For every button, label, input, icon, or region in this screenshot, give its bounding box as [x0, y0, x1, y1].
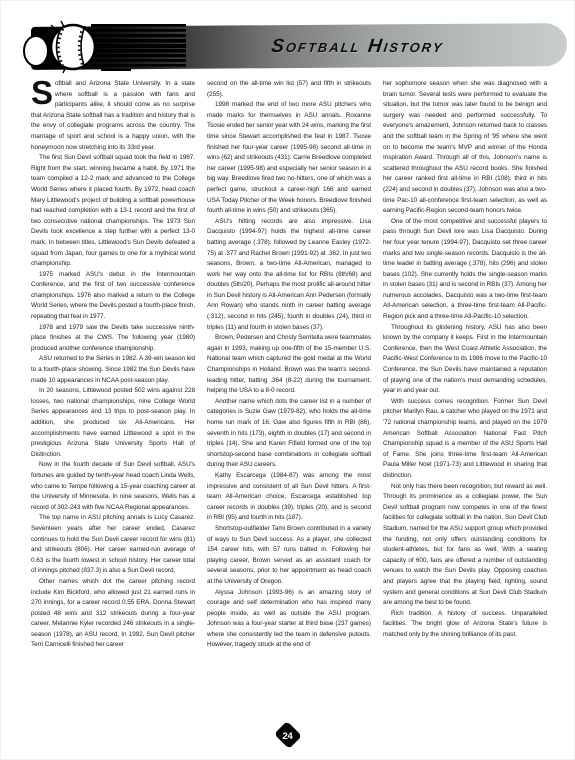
paragraph: Now in the fourth decade of Sun Devil so…	[31, 460, 195, 513]
paragraph: With success comes recognition. Former S…	[383, 397, 547, 482]
article-column-1: Softball and Arizona State University. I…	[31, 79, 195, 731]
paragraph: Other names which dot the career pitchin…	[31, 577, 195, 651]
article-body: Softball and Arizona State University. I…	[31, 79, 547, 731]
paragraph: second on the all-time win list (57) and…	[207, 79, 371, 100]
page-number-badge: 24	[274, 723, 302, 749]
paragraph: 1998 marked the end of two more ASU pitc…	[207, 100, 371, 217]
paragraph: Softball and Arizona State University. I…	[31, 79, 195, 153]
paragraph-text: oftball and Arizona State University. In…	[31, 80, 195, 151]
paragraph: Rich tradition. A history of success. Un…	[383, 609, 547, 641]
paragraph: In 20 seasons, Littlewood posted 502 win…	[31, 386, 195, 460]
paragraph: ASU's hitting records are also impressiv…	[207, 217, 371, 334]
page-title: Softball History	[139, 28, 575, 66]
paragraph: Not only has there been recognition, but…	[383, 482, 547, 609]
paragraph: ASU returned to the Series in 1982. A 39…	[31, 354, 195, 386]
paragraph: Brown, Pedersen and Christy Serritella w…	[207, 333, 371, 397]
paragraph: 1975 marked ASU's debut in the Intermoun…	[31, 270, 195, 323]
paragraph: Throughout its glistening history, ASU h…	[383, 323, 547, 397]
page-number: 24	[274, 723, 302, 749]
paragraph: Alyssa Johnson (1993-96) is an amazing s…	[207, 588, 371, 652]
paragraph: Shortstop-outfielder Tami Brown contribu…	[207, 524, 371, 588]
paragraph: Another name which dots the career list …	[207, 397, 371, 471]
drop-cap: S	[31, 79, 55, 106]
paragraph: her sophomore season when she was diagno…	[383, 79, 547, 217]
paragraph: One of the most competitive and successf…	[383, 217, 547, 323]
paragraph: 1978 and 1979 saw the Devils take succes…	[31, 323, 195, 355]
paragraph: The first Sun Devil softball squad took …	[31, 153, 195, 270]
paragraph: Kathy Escarcega (1984-87) was among the …	[207, 471, 371, 524]
media-guide-page: Softball History Softball and Arizona St…	[0, 0, 575, 760]
paragraph: The top name in ASU pitching annals is L…	[31, 513, 195, 577]
article-column-2: second on the all-time win list (57) and…	[207, 79, 371, 731]
article-column-3: her sophomore season when she was diagno…	[383, 79, 547, 731]
